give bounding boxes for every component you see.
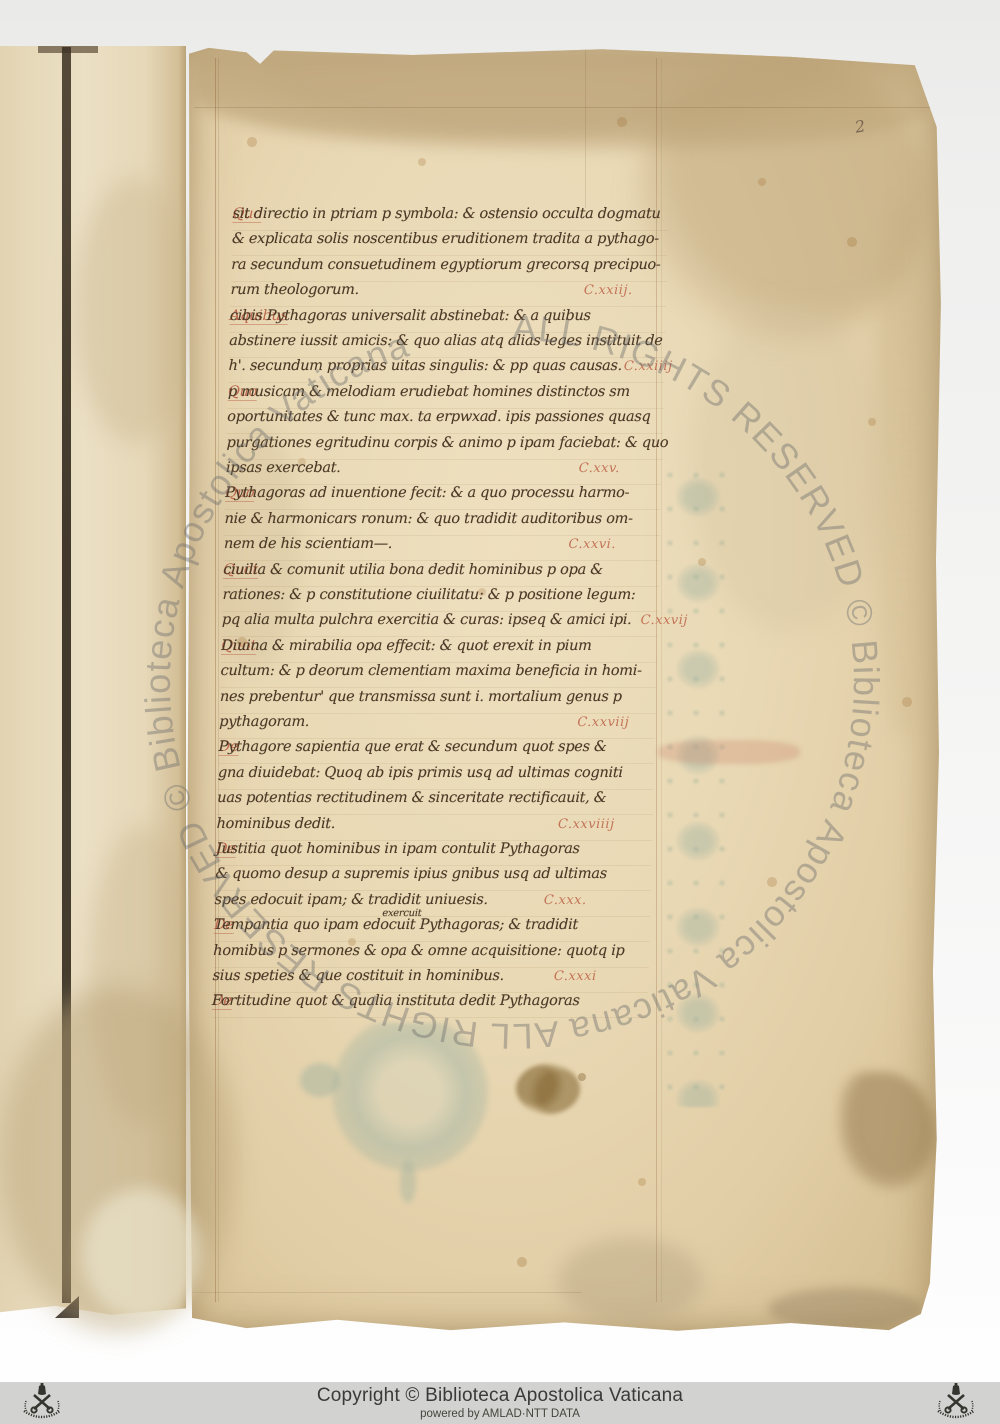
line-text: Tempantia quo ipam edocuit Pythagoras; &… (214, 917, 578, 933)
manuscript-line: rum theologorum.C.xxiij. (230, 282, 667, 307)
verso-showthrough-rubric (658, 740, 800, 764)
manuscript-scan: 2 Quosit directio in ptriam p symbola: &… (0, 0, 1000, 1424)
line-text: nes prebentur' que transmissa sunt i. mo… (220, 689, 622, 705)
manuscript-line: abstinere iussit amicis: & quo alias atq… (229, 333, 666, 358)
interlinear-correction: exercuit (382, 908, 421, 919)
manuscript-line: DeFortitudine quot & qualia instituta de… (212, 993, 649, 1018)
book-binding-edge (62, 47, 71, 1303)
line-text: rationes: & p constitutione ciuilitatu: … (222, 587, 635, 603)
manuscript-line: rationes: & p constitutione ciuilitatu: … (222, 587, 659, 612)
stain (768, 1288, 923, 1330)
line-text: ra secundum consuetudinem egyptiorum gre… (231, 257, 661, 273)
manuscript-line: purgationes egritudinu corpis & animo p … (226, 435, 663, 460)
chapter-number: C.xxv. (578, 461, 620, 476)
folio-number: 2 (853, 116, 866, 136)
line-text: Pythagoras ad inuentione fecit: & a quo … (225, 485, 629, 501)
foxing-spots (186, 46, 190, 50)
footer-powered-by: powered by AMLAD·NTT DATA (0, 1408, 1000, 1420)
manuscript-line: DeJustitia quot hominibus in ipam contul… (216, 841, 653, 866)
line-text: Pythagore sapientia que erat & secundum … (218, 739, 606, 755)
manuscript-line: oportunitates & tunc max. ta erpwxad. ip… (227, 409, 664, 434)
line-text: sius speties & que costituit in hominibu… (212, 968, 504, 984)
line-text: ciuilia & comunit utilia bona dedit homi… (223, 562, 603, 578)
manuscript-line: uas potentias rectitudinem & sinceritate… (217, 790, 654, 815)
line-text: oportunitates & tunc max. ta erpwxad. ip… (227, 409, 651, 425)
manuscript-line: pythagoram.C.xxviij (219, 714, 656, 739)
manuscript-line: Aquibuscibis Pythagoras universalit abst… (229, 308, 666, 333)
ruling-line-vertical-left (215, 58, 216, 1302)
chapter-number: C.xxviij (577, 715, 629, 730)
line-text: ipsas exercebat. (226, 460, 341, 476)
manuscript-line: ra secundum consuetudinem egyptiorum gre… (231, 257, 668, 282)
line-text: cultum: & p deorum clementiam maxima ben… (220, 663, 641, 679)
manuscript-line: Quotciuilia & comunit utilia bona dedit … (223, 562, 660, 587)
manuscript-line: ipsas exercebat.C.xxv. (225, 460, 662, 485)
ruling-line-horizontal (194, 107, 936, 108)
line-text: spes edocuit ipam; & tradidit uniuesis. (214, 892, 488, 908)
line-text: pq alia multa pulchra exercitia & curas:… (222, 612, 632, 628)
line-text: & quomo desup a supremis ipius gnibus us… (215, 866, 607, 882)
line-text: sit directio in ptriam p symbola: & oste… (232, 206, 660, 222)
verso-showthrough-medallion (328, 1023, 492, 1175)
line-text: & explicata solis noscentibus eruditione… (232, 231, 659, 247)
line-text: gna diuidebat: Quoq ab ipis primis usq a… (218, 765, 623, 781)
verso-showthrough-border (658, 455, 738, 1107)
manuscript-line: pq alia multa pulchra exercitia & curas:… (221, 612, 658, 637)
manuscript-line: cultum: & p deorum clementiam maxima ben… (220, 663, 657, 688)
book-page-stack (0, 46, 186, 1316)
chapter-number: C.xxvi. (568, 537, 616, 552)
line-text: Diuina & mirabilia opa effecit: & quot e… (221, 638, 592, 654)
line-text: abstinere iussit amicis: & quo alias atq… (229, 333, 663, 349)
manuscript-line: nes prebentur' que transmissa sunt i. mo… (219, 689, 656, 714)
manuscript-line: spes edocuit ipam; & tradidit uniuesis.C… (214, 892, 651, 917)
manuscript-line: nem de his scientiam—.C.xxvi. (223, 536, 660, 561)
chapter-number: C.xxxi (554, 969, 597, 984)
stain (516, 1064, 580, 1114)
line-text: hominibus dedit. (216, 816, 335, 832)
line-text: nem de his scientiam—. (224, 536, 393, 552)
line-text: uas potentias rectitudinem & sinceritate… (217, 790, 607, 806)
stain (634, 54, 929, 344)
page-crease (192, 1292, 582, 1293)
manuscript-line: Quosit directio in ptriam p symbola: & o… (232, 206, 669, 231)
line-text: Justitia quot hominibus in ipam contulit… (216, 841, 580, 857)
manuscript-line: nie & harmonicars ronum: & quo tradidit … (224, 511, 661, 536)
manuscript-line: QuotDiuina & mirabilia opa effecit: & qu… (221, 638, 658, 663)
line-text: cibis Pythagoras universalit abstinebat:… (230, 308, 591, 324)
chapter-number: C.xxiiij (624, 359, 673, 374)
stain (874, 204, 932, 734)
line-text: purgationes egritudinu corpis & animo p … (226, 435, 668, 451)
line-text: rum theologorum. (230, 282, 359, 298)
chapter-number: C.xxvij (640, 613, 688, 628)
chapter-number: C.xxviiij (558, 817, 615, 832)
manuscript-line: & explicata solis noscentibus eruditione… (231, 231, 668, 256)
manuscript-line: QuoPythagoras ad inuentione fecit: & a q… (225, 485, 662, 510)
stain (838, 1072, 936, 1190)
chapter-number: C.xxx. (544, 893, 587, 908)
manuscript-line: sius speties & que costituit in hominibu… (212, 968, 649, 993)
manuscript-line: DeTempantia quo ipam edocuit Pythagoras;… (214, 917, 651, 942)
line-text: homibus p sermones & opa & omne acquisit… (213, 943, 625, 959)
line-text: p musicam & melodiam erudiebat homines d… (228, 384, 630, 400)
stain (194, 48, 936, 152)
manuscript-line: gna diuidebat: Quoq ab ipis primis usq a… (218, 765, 655, 790)
footer-copyright: Copyright © Biblioteca Apostolica Vatica… (0, 1385, 1000, 1407)
footer-bar: Copyright © Biblioteca Apostolica Vatica… (0, 1382, 1000, 1424)
line-text: pythagoram. (219, 714, 309, 730)
manuscript-line: Quop musicam & melodiam erudiebat homine… (227, 384, 664, 409)
page-crease (585, 48, 586, 208)
vatican-emblem-icon (930, 1383, 982, 1423)
line-text: Fortitudine quot & qualia instituta dedi… (212, 993, 580, 1009)
manuscript-page: 2 Quosit directio in ptriam p symbola: &… (186, 46, 942, 1332)
manuscript-line: homibus p sermones & opa & omne acquisit… (213, 943, 650, 968)
line-text: h'. secundum proprias uitas singulis: & … (228, 358, 622, 374)
manuscript-line: h'. secundum proprias uitas singulis: & … (228, 358, 665, 383)
stain (558, 1238, 703, 1323)
line-text: nie & harmonicars ronum: & quo tradidit … (224, 511, 633, 527)
chapter-number: C.xxiij. (584, 283, 633, 298)
manuscript-text-block: Quosit directio in ptriam p symbola: & o… (211, 206, 669, 1030)
manuscript-line: hominibus dedit.C.xxviiij (216, 816, 653, 841)
manuscript-line: DePythagore sapientia que erat & secundu… (218, 739, 655, 764)
manuscript-line: & quomo desup a supremis ipius gnibus us… (215, 866, 652, 891)
